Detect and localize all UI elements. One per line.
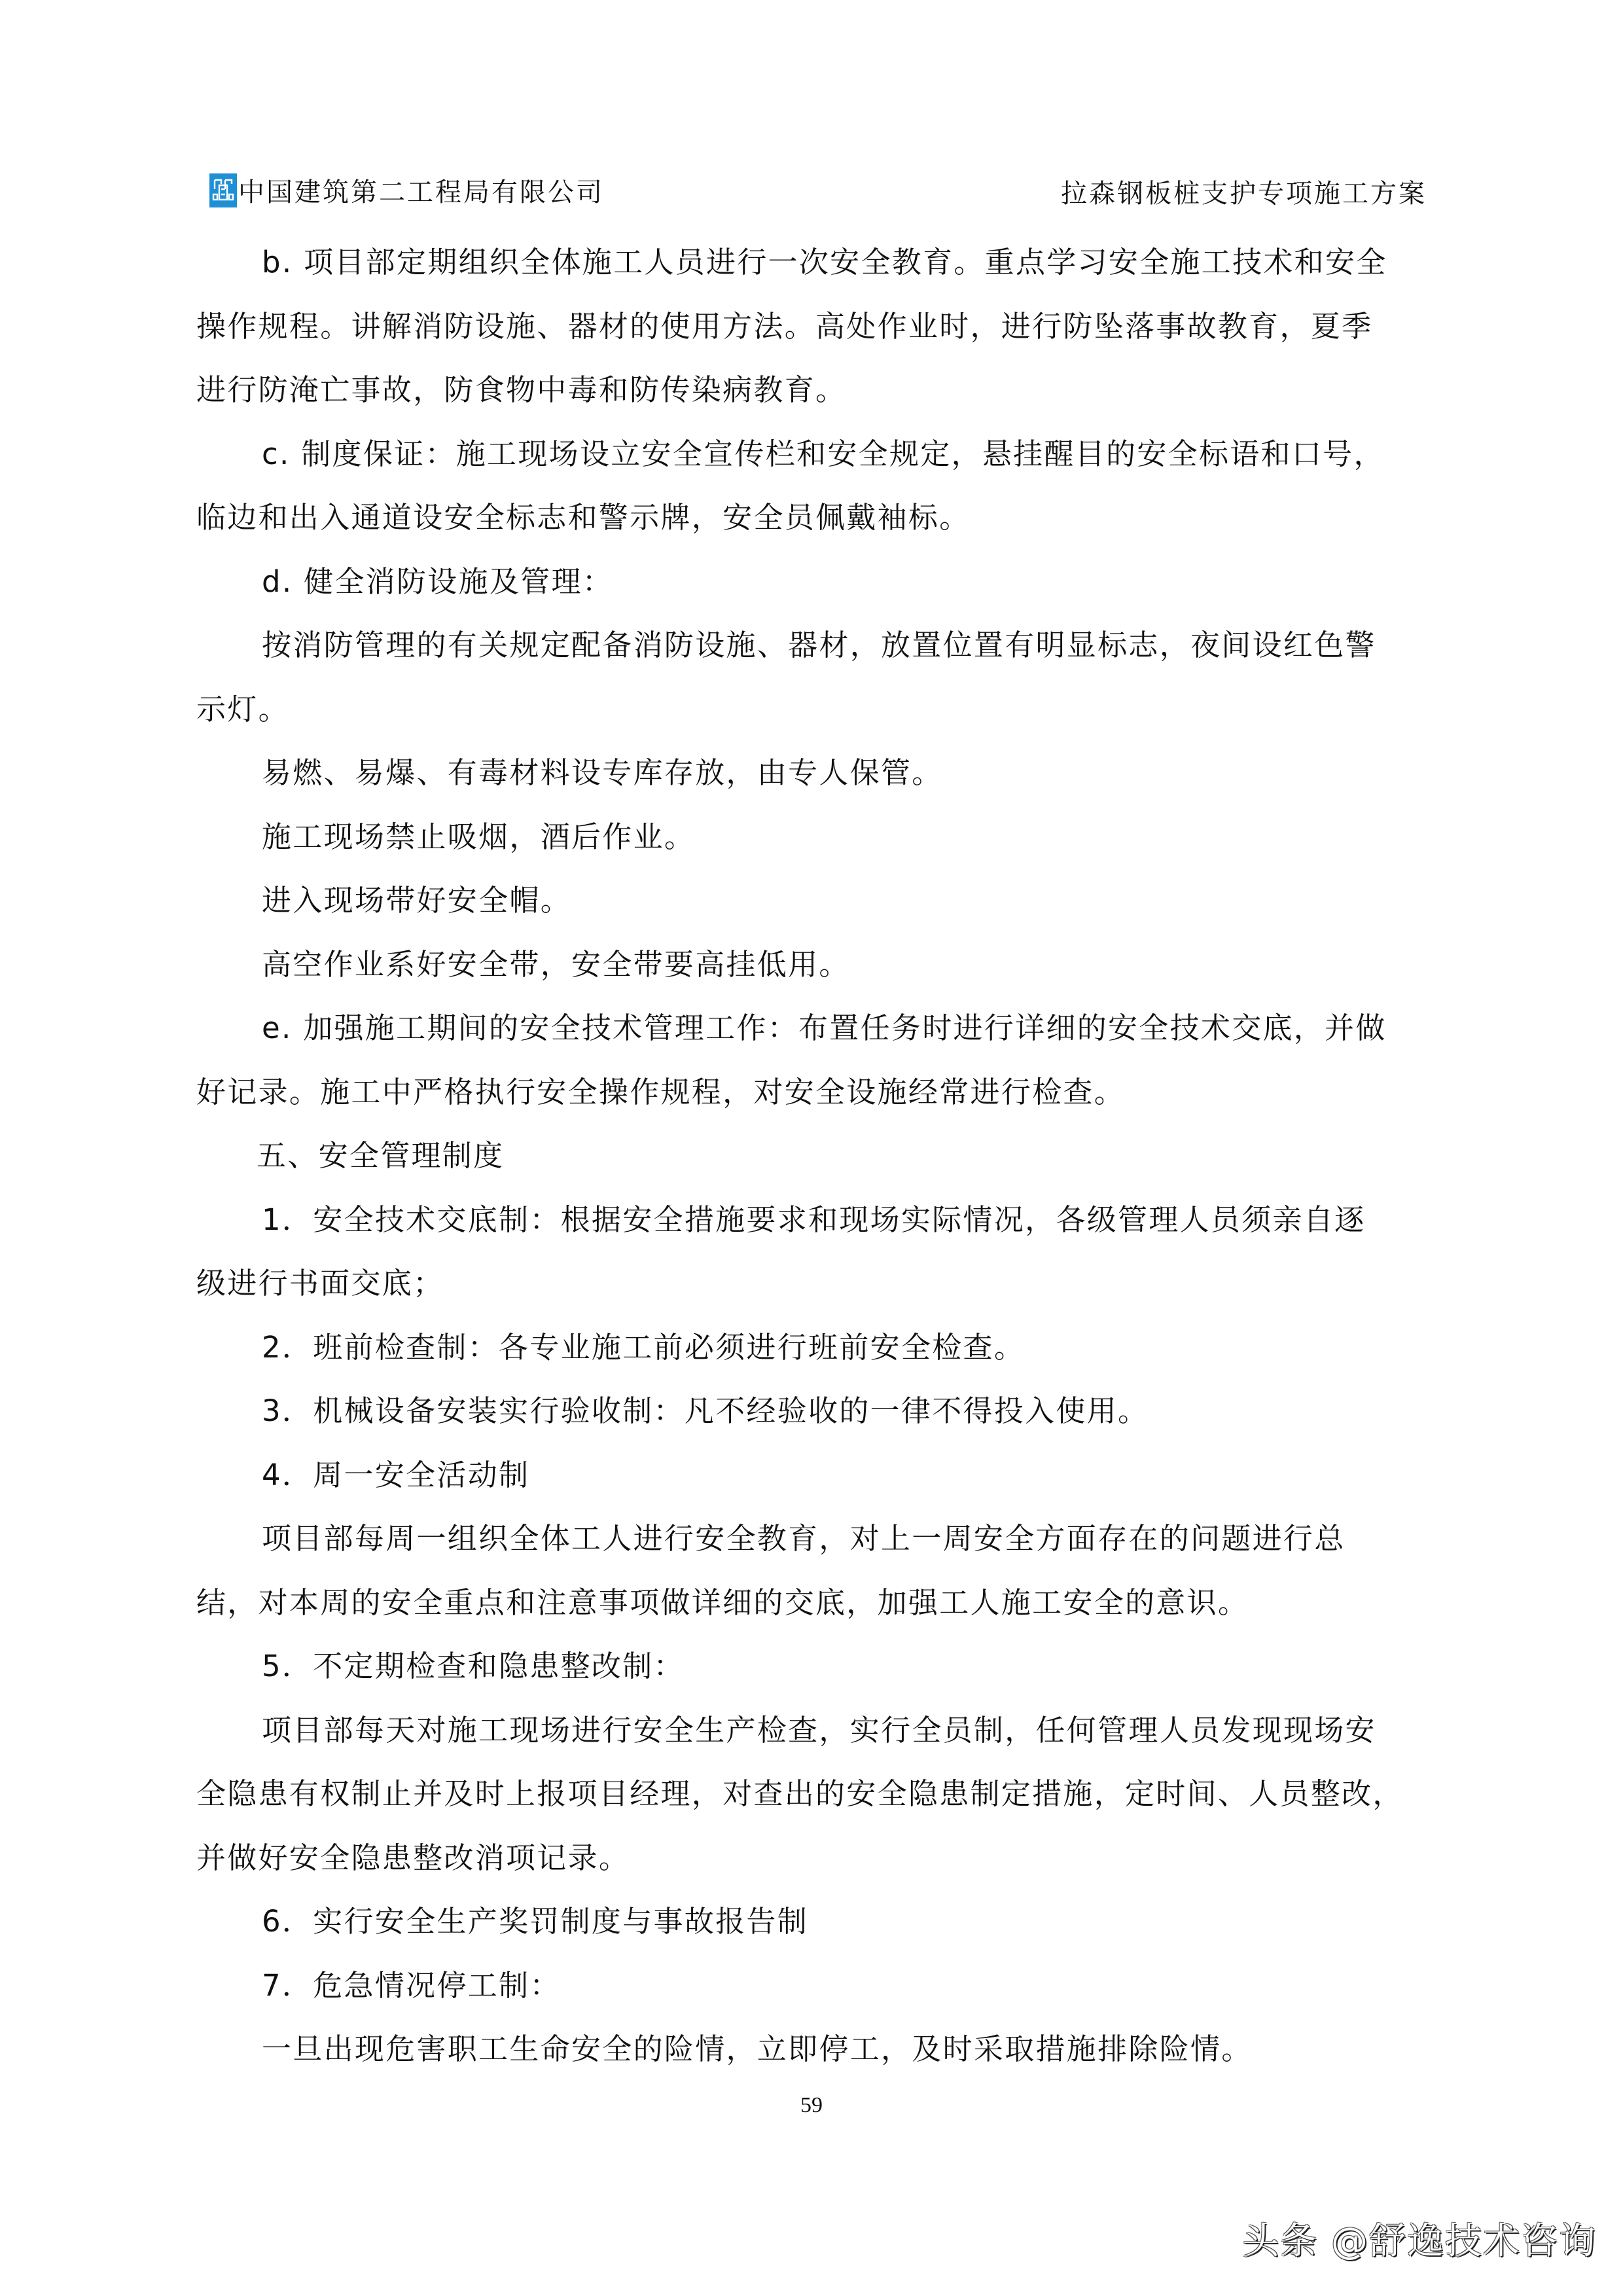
paragraph-line: 1．安全技术交底制：根据安全措施要求和现场实际情况，各级管理人员须亲自逐 — [196, 1188, 1440, 1252]
paragraph-line: 按消防管理的有关规定配备消防设施、器材，放置位置有明显标志，夜间设红色警 — [196, 613, 1440, 677]
cscec-logo-icon — [209, 173, 237, 207]
paragraph-line: 4．周一安全活动制 — [196, 1443, 1440, 1507]
paragraph-line: 易燃、易爆、有毒材料设专库存放，由专人保管。 — [196, 741, 1440, 805]
document-title: 拉森钢板桩支护专项施工方案 — [1061, 173, 1427, 210]
page-number: 59 — [0, 2093, 1623, 2118]
paragraph-line: 施工现场禁止吸烟，酒后作业。 — [196, 805, 1440, 869]
page-header: 中国建筑第二工程局有限公司 拉森钢板桩支护专项施工方案 — [209, 171, 1427, 211]
paragraph-line: c. 制度保证：施工现场设立安全宣传栏和安全规定，悬挂醒目的安全标语和口号， — [196, 422, 1440, 486]
document-body: b. 项目部定期组织全体施工人员进行一次安全教育。重点学习安全施工技术和安全 操… — [196, 230, 1440, 2081]
paragraph-line: e. 加强施工期间的安全技术管理工作：布置任务时进行详细的安全技术交底，并做 — [196, 996, 1440, 1060]
paragraph-line: 示灯。 — [196, 677, 1440, 742]
paragraph-line: 级进行书面交底； — [196, 1251, 1440, 1316]
paragraph-line: 3．机械设备安装实行验收制：凡不经验收的一律不得投入使用。 — [196, 1379, 1440, 1443]
paragraph-line: 高空作业系好安全带，安全带要高挂低用。 — [196, 933, 1440, 997]
paragraph-line: 项目部每天对施工现场进行安全生产检查，实行全员制，任何管理人员发现现场安 — [196, 1698, 1440, 1763]
paragraph-line: 进行防淹亡事故，防食物中毒和防传染病教育。 — [196, 358, 1440, 422]
paragraph-line: 并做好安全隐患整改消项记录。 — [196, 1826, 1440, 1890]
paragraph-line: 好记录。施工中严格执行安全操作规程，对安全设施经常进行检查。 — [196, 1060, 1440, 1124]
paragraph-line: 项目部每周一组织全体工人进行安全教育，对上一周安全方面存在的问题进行总 — [196, 1507, 1440, 1571]
header-company-block: 中国建筑第二工程局有限公司 — [209, 171, 604, 209]
paragraph-line: 7．危急情况停工制： — [196, 1954, 1440, 2018]
paragraph-line: 操作规程。讲解消防设施、器材的使用方法。高处作业时，进行防坠落事故教育，夏季 — [196, 295, 1440, 359]
section-heading: 五、安全管理制度 — [196, 1124, 1440, 1188]
paragraph-line: 结，对本周的安全重点和注意事项做详细的交底，加强工人施工安全的意识。 — [196, 1571, 1440, 1635]
paragraph-line: b. 项目部定期组织全体施工人员进行一次安全教育。重点学习安全施工技术和安全 — [196, 230, 1440, 295]
paragraph-line: 5．不定期检查和隐患整改制： — [196, 1634, 1440, 1698]
paragraph-line: 进入现场带好安全帽。 — [196, 869, 1440, 933]
paragraph-line: 2．班前检查制：各专业施工前必须进行班前安全检查。 — [196, 1316, 1440, 1380]
paragraph-line: 全隐患有权制止并及时上报项目经理，对查出的安全隐患制定措施，定时间、人员整改， — [196, 1762, 1440, 1826]
paragraph-line: 临边和出入通道设安全标志和警示牌，安全员佩戴袖标。 — [196, 486, 1440, 550]
paragraph-line: d. 健全消防设施及管理： — [196, 550, 1440, 614]
paragraph-line: 6．实行安全生产奖罚制度与事故报告制 — [196, 1890, 1440, 1954]
watermark: 头条 @舒逸技术咨询 — [1242, 2212, 1597, 2265]
paragraph-line: 一旦出现危害职工生命安全的险情，立即停工，及时采取措施排除险情。 — [196, 2017, 1440, 2081]
company-name: 中国建筑第二工程局有限公司 — [238, 171, 604, 209]
cscec-logo-glyph-icon — [212, 176, 234, 205]
